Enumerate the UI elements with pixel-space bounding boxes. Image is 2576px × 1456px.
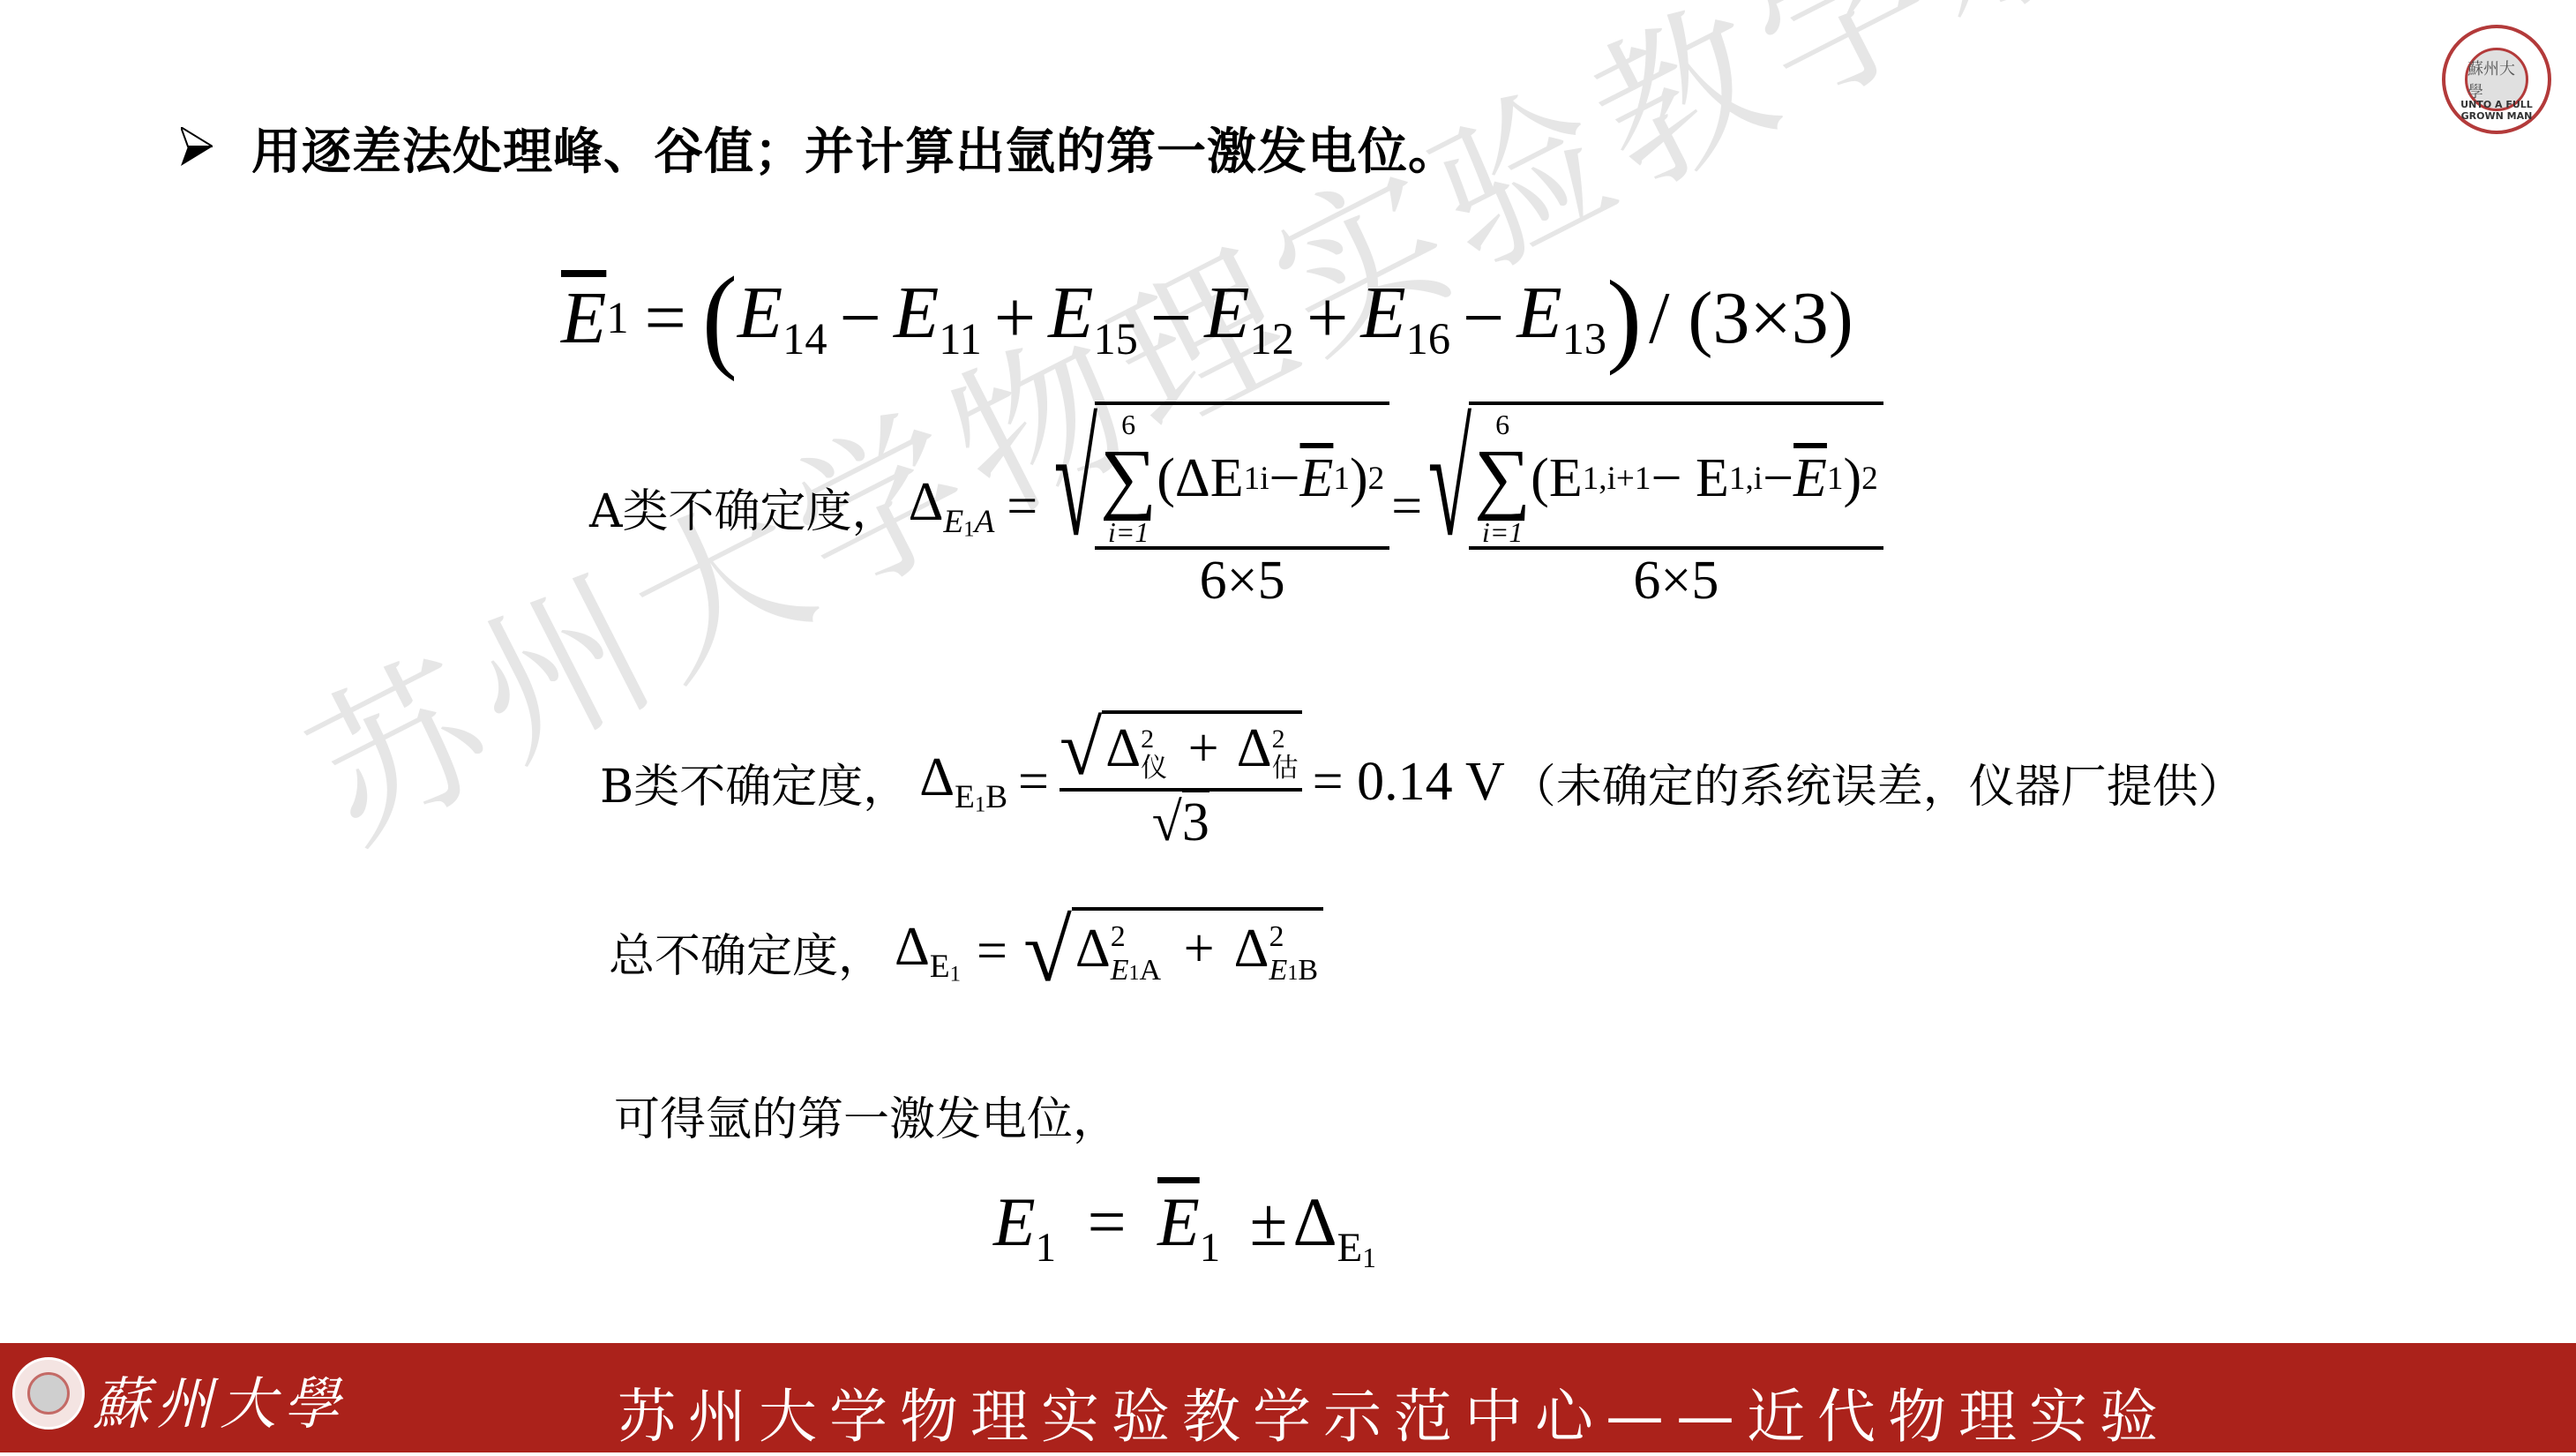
footer-brand: 蘇州大學 bbox=[93, 1359, 347, 1440]
op: + bbox=[994, 275, 1036, 361]
denominator: 6×5 bbox=[1200, 550, 1285, 612]
type-b-label: B类不确定度， bbox=[600, 749, 909, 815]
formula-final: E1 = E1 ±ΔE1 bbox=[993, 1182, 1376, 1274]
radical-sign: √ bbox=[1428, 402, 1471, 612]
sqrt-a2: √ 6 ∑ i=1 (E1,i+1 − E1,i − E1)2 6×5 bbox=[1424, 402, 1883, 612]
slide-content: 用逐差法处理峰、谷值；并计算出氩的第一激发电位。 E1 = ( E14 − E1… bbox=[0, 0, 2576, 1456]
op: + bbox=[1307, 275, 1348, 361]
term-1: E11 bbox=[894, 270, 982, 364]
slide-title: 用逐差法处理峰、谷值；并计算出氩的第一激发电位。 bbox=[251, 113, 1458, 184]
numerator: 6 ∑ i=1 (E1,i+1 − E1,i − E1)2 bbox=[1469, 410, 1883, 546]
delta-E1: ΔE1 bbox=[895, 916, 961, 987]
title-row: 用逐差法处理峰、谷值；并计算出氩的第一激发电位。 bbox=[181, 113, 1458, 184]
subscript: 1 bbox=[606, 292, 628, 343]
type-b-note: （未确定的系统误差，仪器厂提供） bbox=[1510, 749, 2244, 815]
fraction: √ Δ2仪 + Δ2估 √3 bbox=[1060, 710, 1302, 854]
equals-sign: = bbox=[645, 275, 686, 361]
bullet-arrow-icon bbox=[181, 127, 213, 170]
op: − bbox=[1150, 275, 1192, 361]
sqrt-a1: √ 6 ∑ i=1 (ΔE1i − E1)2 6×5 bbox=[1050, 402, 1389, 612]
numerator: 6 ∑ i=1 (ΔE1i − E1)2 bbox=[1095, 410, 1389, 546]
formula-mean: E1 = ( E14 − E11 + E15 − E12 + E16 − E13… bbox=[561, 265, 1853, 371]
conclusion-text: 可得氩的第一激发电位， bbox=[614, 1082, 1119, 1148]
type-a-label: A类不确定度， bbox=[589, 474, 898, 540]
equals-sign: = bbox=[1391, 476, 1422, 538]
footer-band: 蘇州大學 苏州大学物理实验教学示范中心——近代物理实验 bbox=[0, 1343, 2576, 1452]
summation: 6 ∑ i=1 bbox=[1100, 410, 1157, 546]
total-label: 总不确定度， bbox=[609, 919, 884, 985]
divisor: / (3×3) bbox=[1649, 275, 1853, 361]
equals-sign: = bbox=[1007, 476, 1037, 538]
fraction: 6 ∑ i=1 (ΔE1i − E1)2 6×5 bbox=[1095, 402, 1389, 612]
formula-total: 总不确定度， ΔE1 = √ Δ2E1A + Δ2E1B bbox=[609, 907, 1323, 995]
denominator: 6×5 bbox=[1633, 550, 1719, 612]
E1-bar: E bbox=[561, 275, 606, 361]
sqrt-numerator: √ Δ2仪 + Δ2估 bbox=[1060, 710, 1302, 788]
equals-sign: = bbox=[977, 920, 1007, 983]
formula-type-a: A类不确定度， ΔE1A = √ 6 ∑ i=1 (ΔE1i − E1)2 6×… bbox=[589, 402, 1883, 612]
close-paren: ) bbox=[1606, 265, 1642, 371]
delta-EA: ΔE1A bbox=[909, 471, 995, 543]
term-2: E15 bbox=[1048, 270, 1138, 364]
radical-sign: √ bbox=[1060, 710, 1102, 788]
denominator: √3 bbox=[1152, 792, 1209, 854]
term-4: E16 bbox=[1360, 270, 1450, 364]
op: − bbox=[1463, 275, 1504, 361]
open-paren: ( bbox=[702, 259, 738, 376]
term-5: E13 bbox=[1516, 270, 1606, 364]
radicand: Δ2E1A + Δ2E1B bbox=[1072, 907, 1323, 995]
formula-type-b: B类不确定度， ΔE1B = √ Δ2仪 + Δ2估 √3 = 0.14 V （… bbox=[600, 710, 2244, 854]
sqrt-total: √ Δ2E1A + Δ2E1B bbox=[1023, 907, 1323, 995]
fraction: 6 ∑ i=1 (E1,i+1 − E1,i − E1)2 6×5 bbox=[1469, 402, 1883, 612]
footer-title: 苏州大学物理实验教学示范中心——近代物理实验 bbox=[618, 1370, 2170, 1453]
term-0: E14 bbox=[738, 270, 827, 364]
type-b-result: = 0.14 V bbox=[1313, 751, 1505, 814]
radical-sign: √ bbox=[1054, 402, 1097, 612]
footer-logo-icon bbox=[12, 1357, 85, 1430]
delta-EB: ΔE1B bbox=[919, 747, 1007, 818]
term-3: E12 bbox=[1204, 270, 1294, 364]
numerator: Δ2仪 + Δ2估 bbox=[1102, 710, 1301, 788]
op: − bbox=[840, 275, 881, 361]
equals-sign: = bbox=[1018, 751, 1049, 814]
radical-sign: √ bbox=[1023, 907, 1072, 995]
summation: 6 ∑ i=1 bbox=[1474, 410, 1531, 546]
